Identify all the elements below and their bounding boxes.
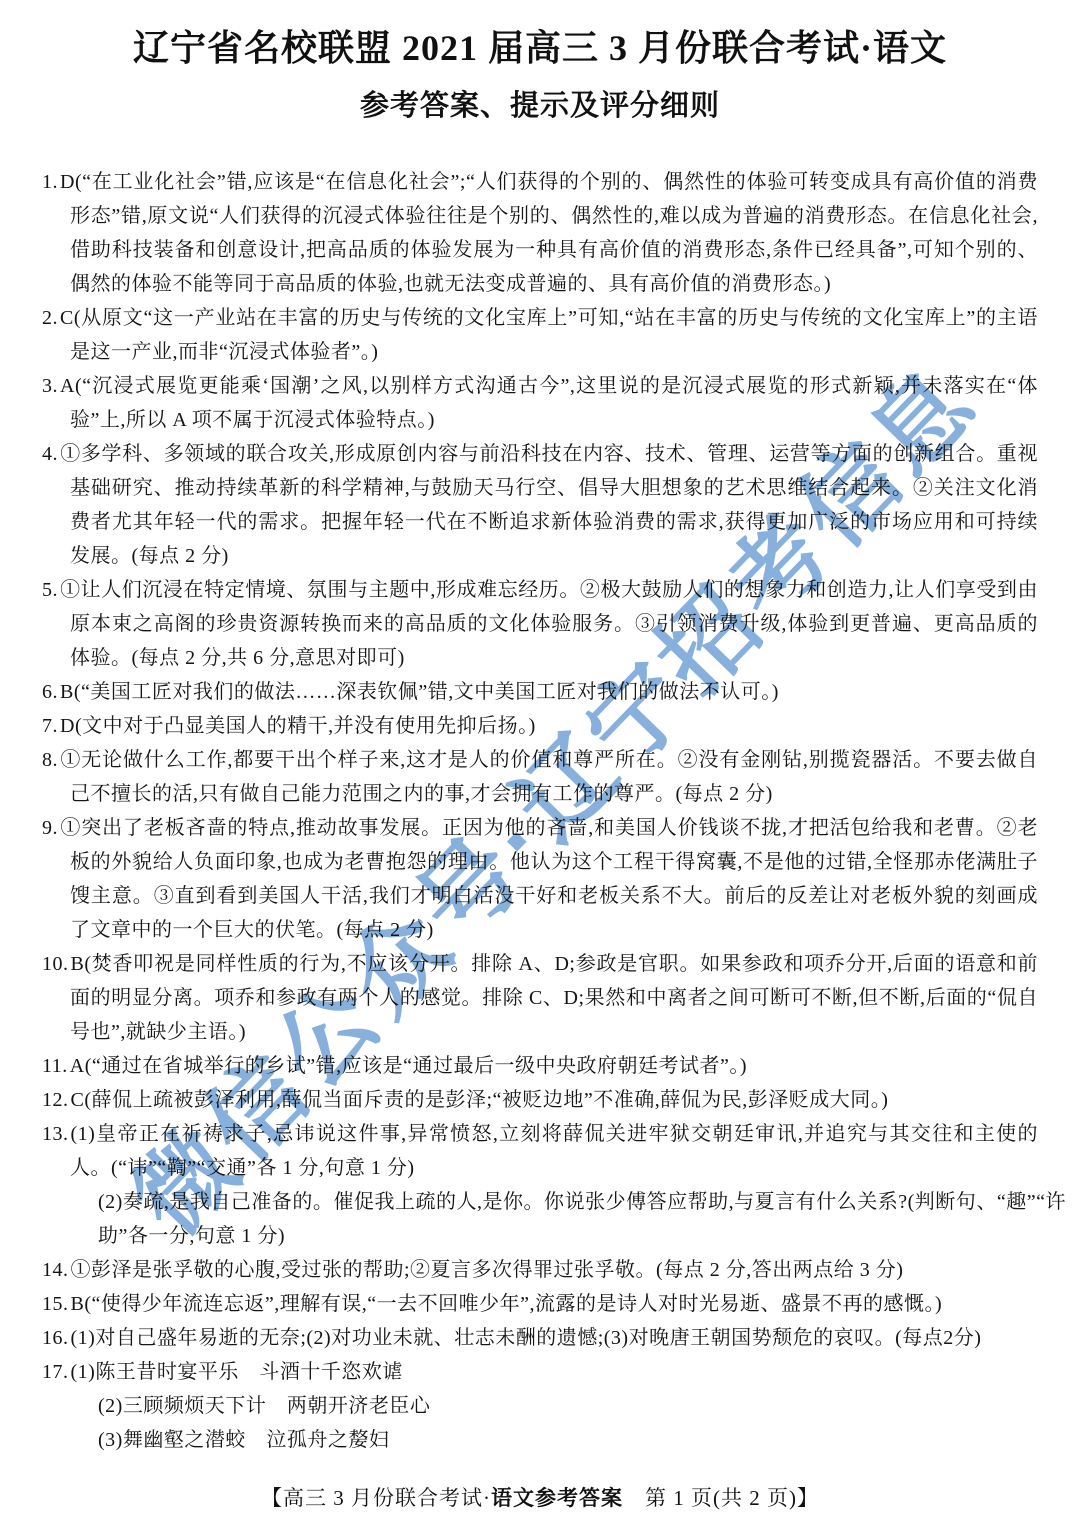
answer-item: 5.①让人们沉浸在特定情境、氛围与主题中,形成难忘经历。②极大鼓励人们的想象力和…	[42, 573, 1038, 675]
answer-number: 11.	[42, 1055, 70, 1077]
answer-text: B(焚香叩祝是同样性质的行为,不应该分开。排除 A、D;参政是官职。如果参政和项…	[70, 953, 1038, 1043]
answer-subitem: (3)舞幽壑之潜蛟 泣孤舟之嫠妇	[70, 1423, 1066, 1457]
exam-answer-page: 辽宁省名校联盟 2021 届高三 3 月份联合考试·语文 参考答案、提示及评分细…	[0, 0, 1080, 1534]
answer-item: 14.①彭泽是张孚敬的心腹,受过张的帮助;②夏言多次得罪过张孚敬。(每点 2 分…	[42, 1253, 1038, 1287]
answer-text: D(文中对于凸显美国人的精干,并没有使用先抑后扬。)	[60, 715, 536, 737]
answer-number: 4.	[42, 443, 60, 465]
answer-number: 9.	[42, 817, 60, 839]
answer-text: ①多学科、多领域的联合攻关,形成原创内容与前沿科技在内容、技术、管理、运营等方面…	[60, 443, 1038, 567]
answer-item: 1.D(“在工业化社会”错,应该是“在信息化社会”;“人们获得的个别的、偶然性的…	[42, 165, 1038, 301]
footer-page-number: 第 1 页(共 2 页)】	[623, 1486, 819, 1510]
answer-item: 11.A(“通过在省城举行的乡试”错,应该是“通过最后一级中央政府朝廷考试者”。…	[42, 1049, 1038, 1083]
answer-item: 6.B(“美国工匠对我们的做法……深表钦佩”错,文中美国工匠对我们的做法不认可。…	[42, 675, 1038, 709]
answer-item: 10.B(焚香叩祝是同样性质的行为,不应该分开。排除 A、D;参政是官职。如果参…	[42, 947, 1038, 1049]
answer-text: (1)陈王昔时宴平乐 斗酒十千恣欢谑	[71, 1361, 403, 1383]
answer-item: 16.(1)对自己盛年易逝的无奈;(2)对功业未就、壮志未酬的遗憾;(3)对晚唐…	[42, 1321, 1038, 1355]
answer-number: 12.	[42, 1089, 71, 1111]
answer-number: 8.	[42, 749, 60, 771]
answer-number: 1.	[42, 171, 60, 193]
answer-number: 16.	[42, 1327, 71, 1349]
answer-item: 4.①多学科、多领域的联合攻关,形成原创内容与前沿科技在内容、技术、管理、运营等…	[42, 437, 1038, 573]
answer-item: 3.A(“沉浸式展览更能乘‘国潮’之风,以别样方式沟通古今”,这里说的是沉浸式展…	[42, 369, 1038, 437]
answer-item: 17.(1)陈王昔时宴平乐 斗酒十千恣欢谑	[42, 1355, 1038, 1389]
page-title: 辽宁省名校联盟 2021 届高三 3 月份联合考试·语文	[0, 0, 1080, 71]
answer-list: 1.D(“在工业化社会”错,应该是“在信息化社会”;“人们获得的个别的、偶然性的…	[42, 165, 1038, 1457]
footer-subject: 语文参考答案	[491, 1486, 623, 1510]
answer-text: D(“在工业化社会”错,应该是“在信息化社会”;“人们获得的个别的、偶然性的体验…	[60, 171, 1038, 295]
page-footer: 【高三 3 月份联合考试·语文参考答案 第 1 页(共 2 页)】	[0, 1482, 1080, 1512]
answer-text: B(“使得少年流连忘返”,理解有误,“一去不回唯少年”,流露的是诗人对时光易逝、…	[71, 1293, 943, 1315]
answer-text: (1)对自己盛年易逝的无奈;(2)对功业未就、壮志未酬的遗憾;(3)对晚唐王朝国…	[71, 1327, 982, 1349]
answer-text: ①让人们沉浸在特定情境、氛围与主题中,形成难忘经历。②极大鼓励人们的想象力和创造…	[60, 579, 1038, 669]
answer-item: 12.C(薛侃上疏被彭泽利用,薛侃当面斥责的是彭泽;“被贬边地”不准确,薛侃为民…	[42, 1083, 1038, 1117]
answer-item: 13.(1)皇帝正在祈祷求子,忌讳说这件事,异常愤怒,立刻将薛侃关进牢狱交朝廷审…	[42, 1117, 1038, 1185]
answer-item: 9.①突出了老板吝啬的特点,推动故事发展。正因为他的吝啬,和美国人价钱谈不拢,才…	[42, 811, 1038, 947]
answer-item: 2.C(从原文“这一产业站在丰富的历史与传统的文化宝库上”可知,“站在丰富的历史…	[42, 301, 1038, 369]
answer-text: ①无论做什么工作,都要干出个样子来,这才是人的价值和尊严所在。②没有金刚钻,别揽…	[60, 749, 1038, 805]
answer-number: 10.	[42, 953, 71, 975]
answer-number: 14.	[42, 1259, 71, 1281]
answer-text: ①彭泽是张孚敬的心腹,受过张的帮助;②夏言多次得罪过张孚敬。(每点 2 分,答出…	[71, 1259, 904, 1281]
answer-number: 6.	[42, 681, 60, 703]
answer-number: 3.	[42, 375, 60, 397]
answer-item: 7.D(文中对于凸显美国人的精干,并没有使用先抑后扬。)	[42, 709, 1038, 743]
answer-number: 7.	[42, 715, 60, 737]
answer-text: C(薛侃上疏被彭泽利用,薛侃当面斥责的是彭泽;“被贬边地”不准确,薛侃为民,彭泽…	[71, 1089, 889, 1111]
answer-text: (1)皇帝正在祈祷求子,忌讳说这件事,异常愤怒,立刻将薛侃关进牢狱交朝廷审讯,并…	[70, 1123, 1038, 1179]
answer-item: 15.B(“使得少年流连忘返”,理解有误,“一去不回唯少年”,流露的是诗人对时光…	[42, 1287, 1038, 1321]
answer-number: 17.	[42, 1361, 71, 1383]
answer-text: A(“沉浸式展览更能乘‘国潮’之风,以别样方式沟通古今”,这里说的是沉浸式展览的…	[60, 375, 1038, 431]
answer-number: 13.	[42, 1123, 71, 1145]
answer-text: ①突出了老板吝啬的特点,推动故事发展。正因为他的吝啬,和美国人价钱谈不拢,才把活…	[60, 817, 1038, 941]
answer-subitem: (2)奏疏,是我自己准备的。催促我上疏的人,是你。你说张少傅答应帮助,与夏言有什…	[70, 1185, 1066, 1253]
answer-subitem: (2)三顾频烦天下计 两朝开济老臣心	[70, 1389, 1066, 1423]
answer-number: 2.	[42, 307, 60, 329]
answer-text: B(“美国工匠对我们的做法……深表钦佩”错,文中美国工匠对我们的做法不认可。)	[60, 681, 779, 703]
answer-number: 5.	[42, 579, 60, 601]
answer-number: 15.	[42, 1293, 71, 1315]
footer-exam-name: 【高三 3 月份联合考试·	[261, 1486, 491, 1510]
answer-text: A(“通过在省城举行的乡试”错,应该是“通过最后一级中央政府朝廷考试者”。)	[70, 1055, 747, 1077]
page-subtitle: 参考答案、提示及评分细则	[0, 83, 1080, 124]
answer-text: C(从原文“这一产业站在丰富的历史与传统的文化宝库上”可知,“站在丰富的历史与传…	[60, 307, 1038, 363]
answer-item: 8.①无论做什么工作,都要干出个样子来,这才是人的价值和尊严所在。②没有金刚钻,…	[42, 743, 1038, 811]
